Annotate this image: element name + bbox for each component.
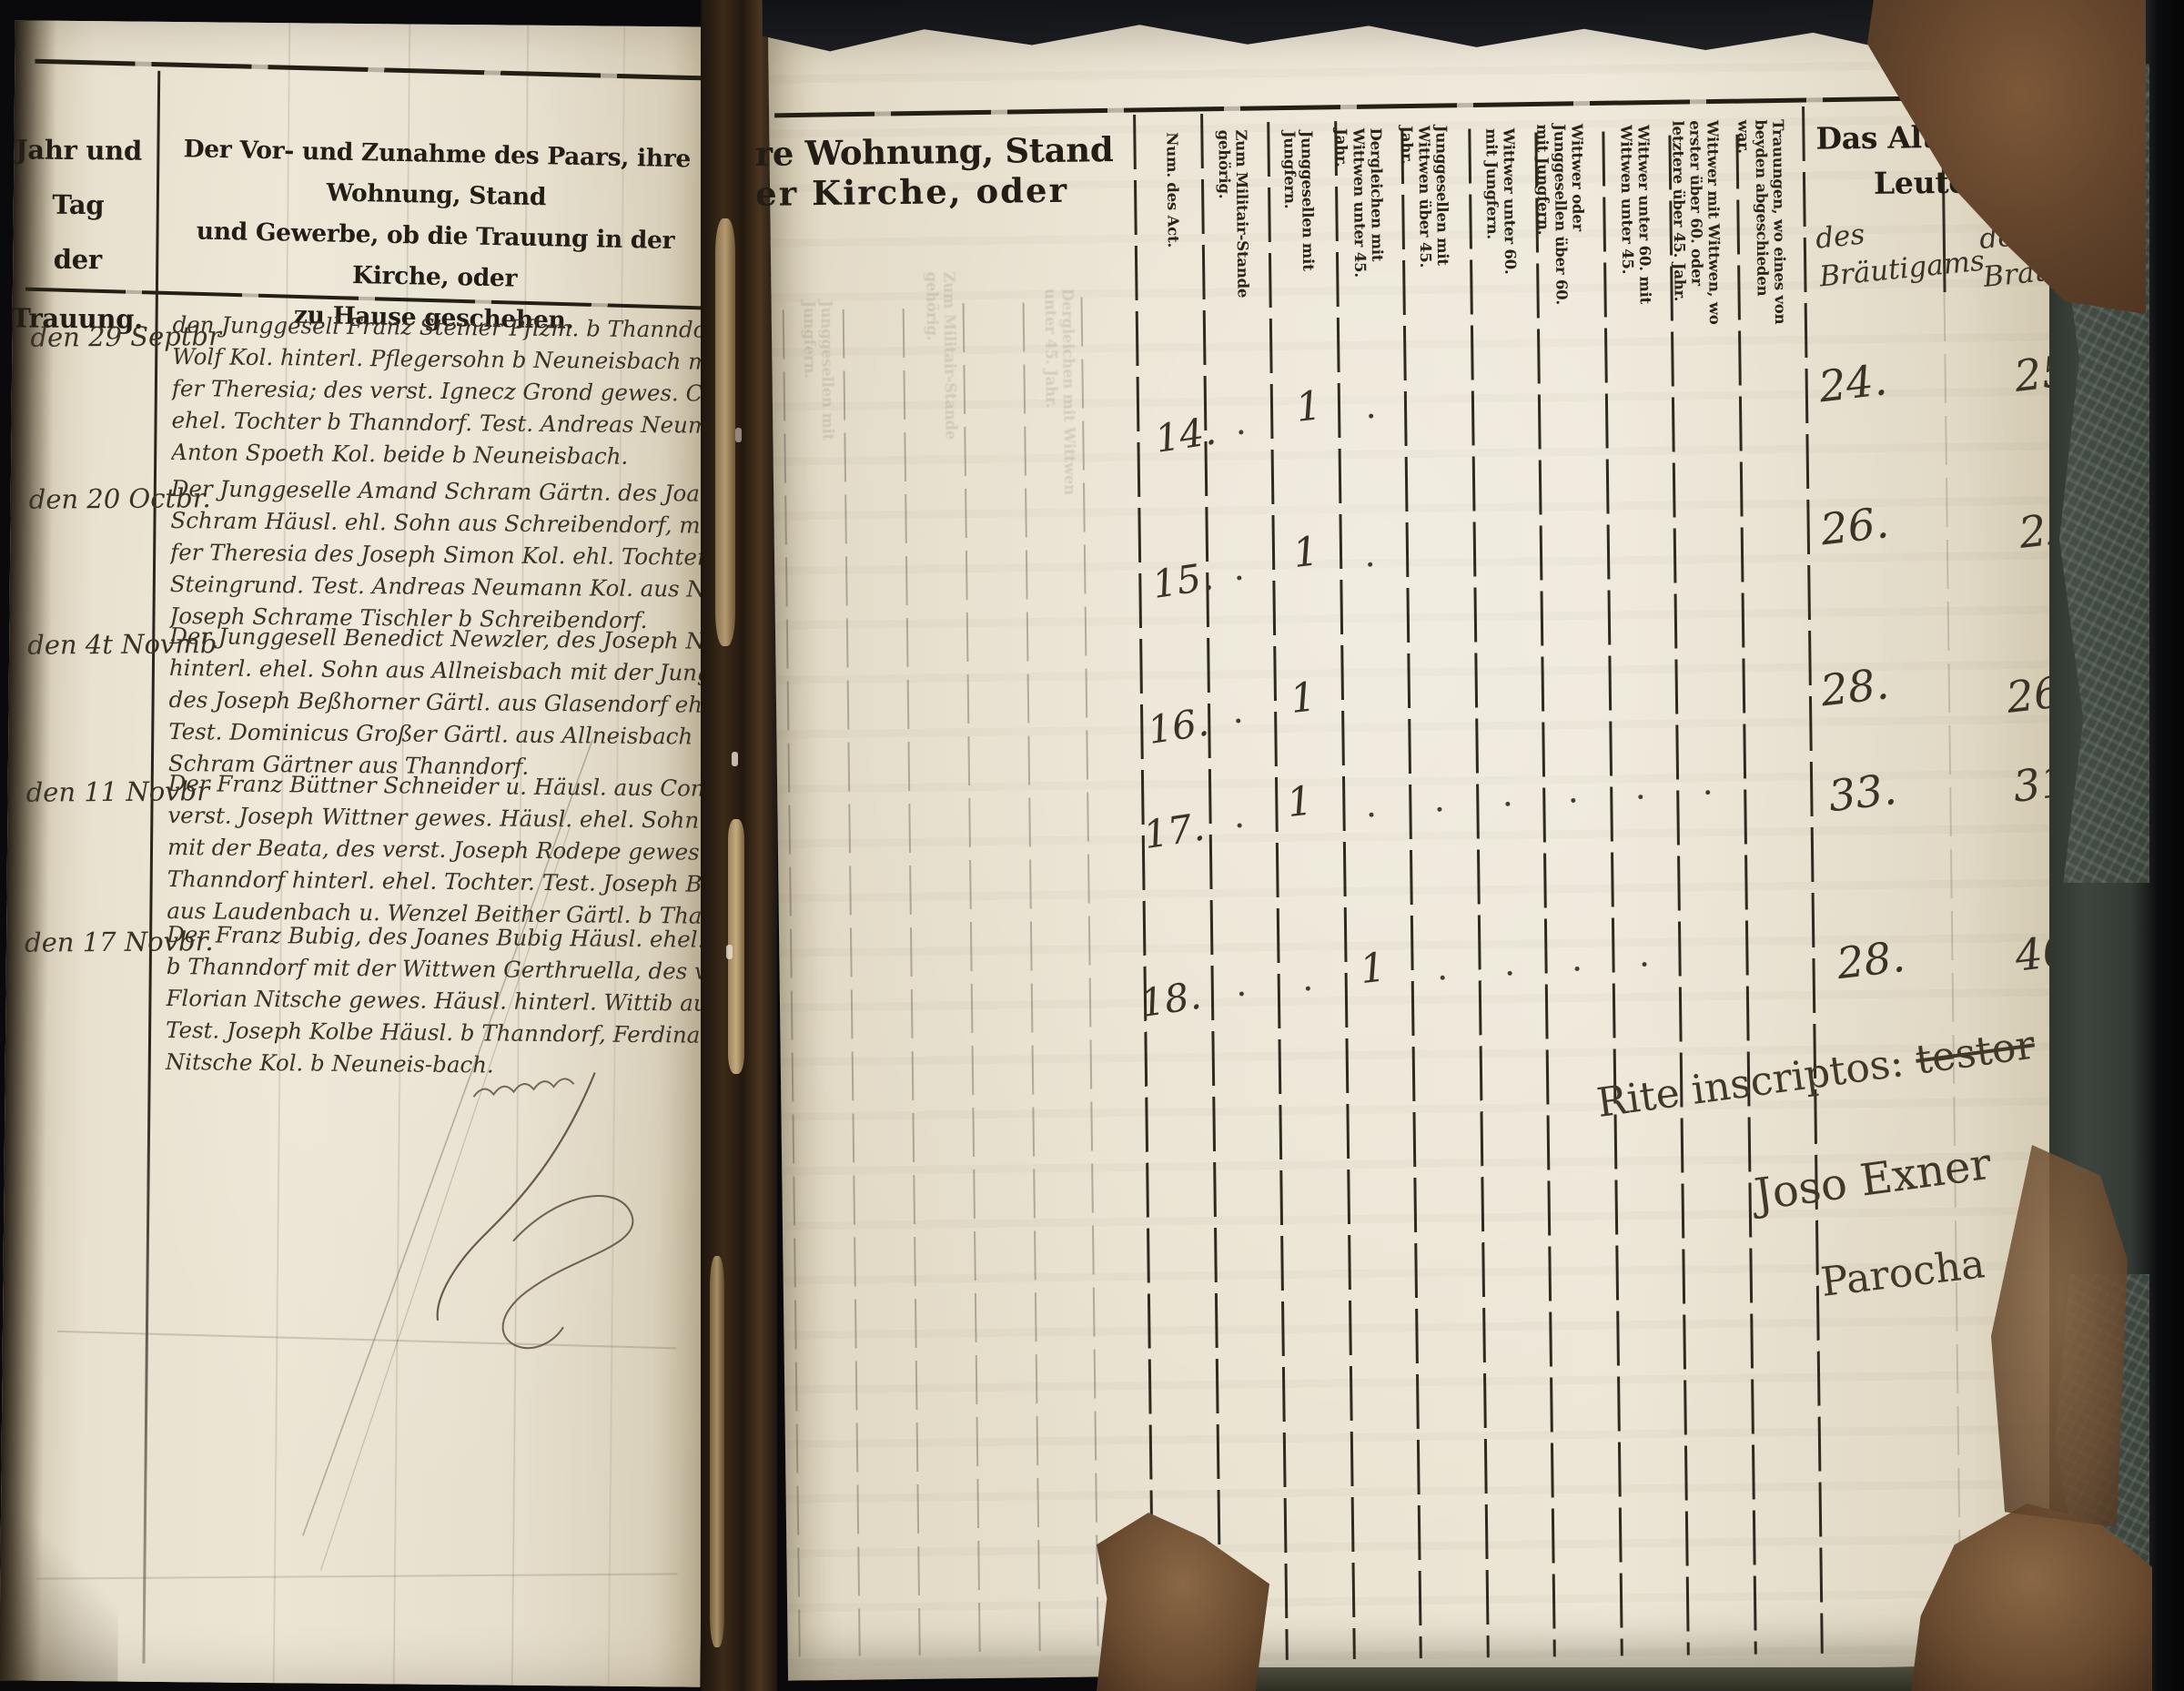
column-header: Zum Militair-Stande gehörig. bbox=[1215, 129, 1252, 334]
torn-page-sliver bbox=[715, 218, 735, 646]
binding-stitch bbox=[735, 428, 742, 442]
pen-dot bbox=[1236, 718, 1240, 723]
column-header: Num. des Act. bbox=[1163, 132, 1182, 287]
binding-stitch bbox=[726, 945, 733, 959]
act-number: 16. bbox=[1145, 700, 1211, 754]
pen-flourish bbox=[0, 20, 716, 1686]
pen-dot bbox=[1369, 813, 1373, 817]
pen-dot bbox=[1638, 795, 1643, 799]
pen-dot bbox=[1643, 962, 1647, 967]
right-page: re Wohnung, Stand er Kirche, oder Jungge… bbox=[768, 0, 2127, 1691]
pen-dot bbox=[1571, 798, 1575, 803]
pen-dot bbox=[1575, 967, 1580, 971]
tally-mark: 1 bbox=[1290, 528, 1321, 577]
binding-stitch bbox=[732, 752, 738, 766]
pen-dot bbox=[1369, 414, 1373, 419]
ghost-column-text: Zum Militair-Stande gehörig. bbox=[923, 271, 960, 508]
act-number: 14. bbox=[1152, 408, 1218, 461]
torn-page-sliver bbox=[710, 1256, 724, 1647]
groom-age: 28. bbox=[1835, 932, 1908, 989]
column-header: Junggesellen mit Wittwen über 45. Jahr. bbox=[1398, 126, 1451, 309]
pen-dot bbox=[1368, 562, 1372, 567]
pen-dot bbox=[1238, 823, 1242, 827]
column-header: Dergleichen mit Wittwen unter 45. Jahr. bbox=[1332, 127, 1387, 319]
groom-age: 24. bbox=[1816, 355, 1890, 412]
column-header: Wittwer oder Junggesellen über 60. mit J… bbox=[1533, 124, 1588, 316]
tally-mark: 1 bbox=[1284, 777, 1315, 826]
fragment-line: er Kirche, oder bbox=[755, 169, 1138, 214]
fragment-line: re Wohnung, Stand bbox=[754, 129, 1137, 174]
ghost-column-text: Dergleichen mit Wittwen unter 45. Jahr. bbox=[1041, 289, 1078, 507]
column-header: Wittwer unter 60. mit Wittwen unter 45. bbox=[1617, 125, 1654, 311]
column-header: Wittwer unter 60. mit Jungfern. bbox=[1482, 128, 1519, 288]
groom-age-label: des Bräutigams bbox=[1814, 206, 1967, 296]
torn-page-header-fragment: re Wohnung, Stand er Kirche, oder bbox=[754, 129, 1137, 214]
register-spread: Jahr und Tag der Trauung. Der Vor- und Z… bbox=[0, 0, 2184, 1691]
pen-dot bbox=[1441, 976, 1445, 980]
pen-dot bbox=[1239, 991, 1244, 996]
groom-age: 28. bbox=[1818, 659, 1892, 716]
act-number: 18. bbox=[1137, 973, 1204, 1027]
groom-age: 26. bbox=[1818, 498, 1892, 555]
ghost-column-text: Junggesellen mit Jungfern. bbox=[801, 300, 838, 501]
left-page: Jahr und Tag der Trauung. Der Vor- und Z… bbox=[0, 20, 716, 1686]
tally-mark: 1 bbox=[1358, 944, 1389, 993]
column-header: Wittwer mit Wittwen, wo erster über 60. … bbox=[1669, 120, 1724, 335]
act-number: 15. bbox=[1149, 553, 1216, 607]
column-header: Trauungen, wo eines von beyden abgeschie… bbox=[1734, 119, 1789, 334]
tally-mark: 1 bbox=[1293, 382, 1324, 431]
pen-dot bbox=[1306, 987, 1310, 991]
pen-dot bbox=[1705, 790, 1710, 795]
act-number: 17. bbox=[1140, 805, 1207, 858]
pen-dot bbox=[1239, 430, 1243, 434]
column-header: Junggesellen mit Jungfern. bbox=[1280, 130, 1317, 285]
groom-age: 33. bbox=[1825, 764, 1899, 822]
pen-dot bbox=[1437, 807, 1441, 812]
tally-mark: 1 bbox=[1288, 673, 1319, 723]
pen-dot bbox=[1508, 971, 1512, 976]
pen-dot bbox=[1505, 802, 1510, 806]
binding-gutter bbox=[701, 0, 777, 1691]
pen-dot bbox=[1237, 575, 1241, 580]
